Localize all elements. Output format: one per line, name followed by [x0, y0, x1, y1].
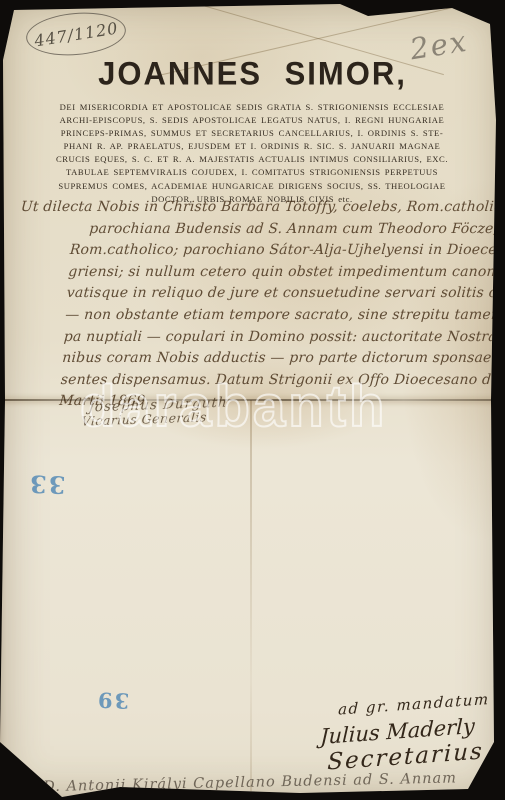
body-line: Ut dilecta Nobis in Christo Barbara Tóto… [20, 197, 500, 219]
preamble-line: DEI MISERICORDIA ET APOSTOLICAE SEDIS GR… [52, 101, 452, 114]
body-line: griensi; si nullum cetero quin obstet im… [16, 262, 496, 284]
document-title: JOANNES SIMOR, [0, 55, 505, 93]
secretary-signature: ad gr. mandatum Julius Maderly Secretari… [319, 686, 490, 776]
preamble-line: PRINCEPS-PRIMAS, SUMMUS ET SECRETARIUS C… [52, 127, 452, 140]
preamble-line: SUPREMUS COMES, ACADEMIAE HUNGARICAE DIR… [52, 180, 452, 193]
fold-line-horizontal [0, 399, 505, 401]
preamble-line: PHANI R. AP. PRAELATUS, EJUSDEM ET I. OR… [52, 140, 452, 153]
handwritten-body: Ut dilecta Nobis in Christo Barbara Tóto… [6, 197, 499, 413]
vicar-signature: Josephus Durguth Vicarius Generalis [87, 396, 228, 429]
blue-stamp-upper: 33 [28, 469, 66, 499]
body-line: sentes dispensamus. Datum Strigonii ex O… [8, 370, 488, 392]
archival-number: 447/1120 [33, 18, 120, 50]
body-line: pa nuptiali — copulari in Domino possit:… [11, 327, 491, 349]
body-line: Rom.catholico; parochiano Sátor-Alja-Ujh… [17, 240, 497, 262]
photo-background: 447/1120 2ex JOANNES SIMOR, DEI MISERICO… [0, 0, 505, 800]
fold-line-vertical [250, 400, 252, 800]
document-paper: 447/1120 2ex JOANNES SIMOR, DEI MISERICO… [0, 0, 505, 800]
letterhead-preamble: DEI MISERICORDIA ET APOSTOLICAE SEDIS GR… [52, 101, 452, 206]
preamble-line: TABULAE SEPTEMVIRALIS COJUDEX, I. COMITA… [52, 166, 452, 179]
preamble-line: ARCHI-EPISCOPUS, S. SEDIS APOSTOLICAE LE… [52, 114, 452, 127]
body-line: Martii 1869 [6, 391, 486, 413]
body-line: parochiana Budensis ad S. Annam cum Theo… [19, 219, 499, 241]
blue-stamp-lower: 39 [96, 687, 130, 713]
body-line: nibus coram Nobis adductis — pro parte d… [9, 348, 489, 370]
preamble-line: CRUCIS EQUES, S. C. ET R. A. MAJESTATIS … [52, 153, 452, 166]
body-line: — non obstante etiam tempore sacrato, si… [12, 305, 492, 327]
body-line: vatisque in reliquo de jure et consuetud… [14, 283, 494, 305]
